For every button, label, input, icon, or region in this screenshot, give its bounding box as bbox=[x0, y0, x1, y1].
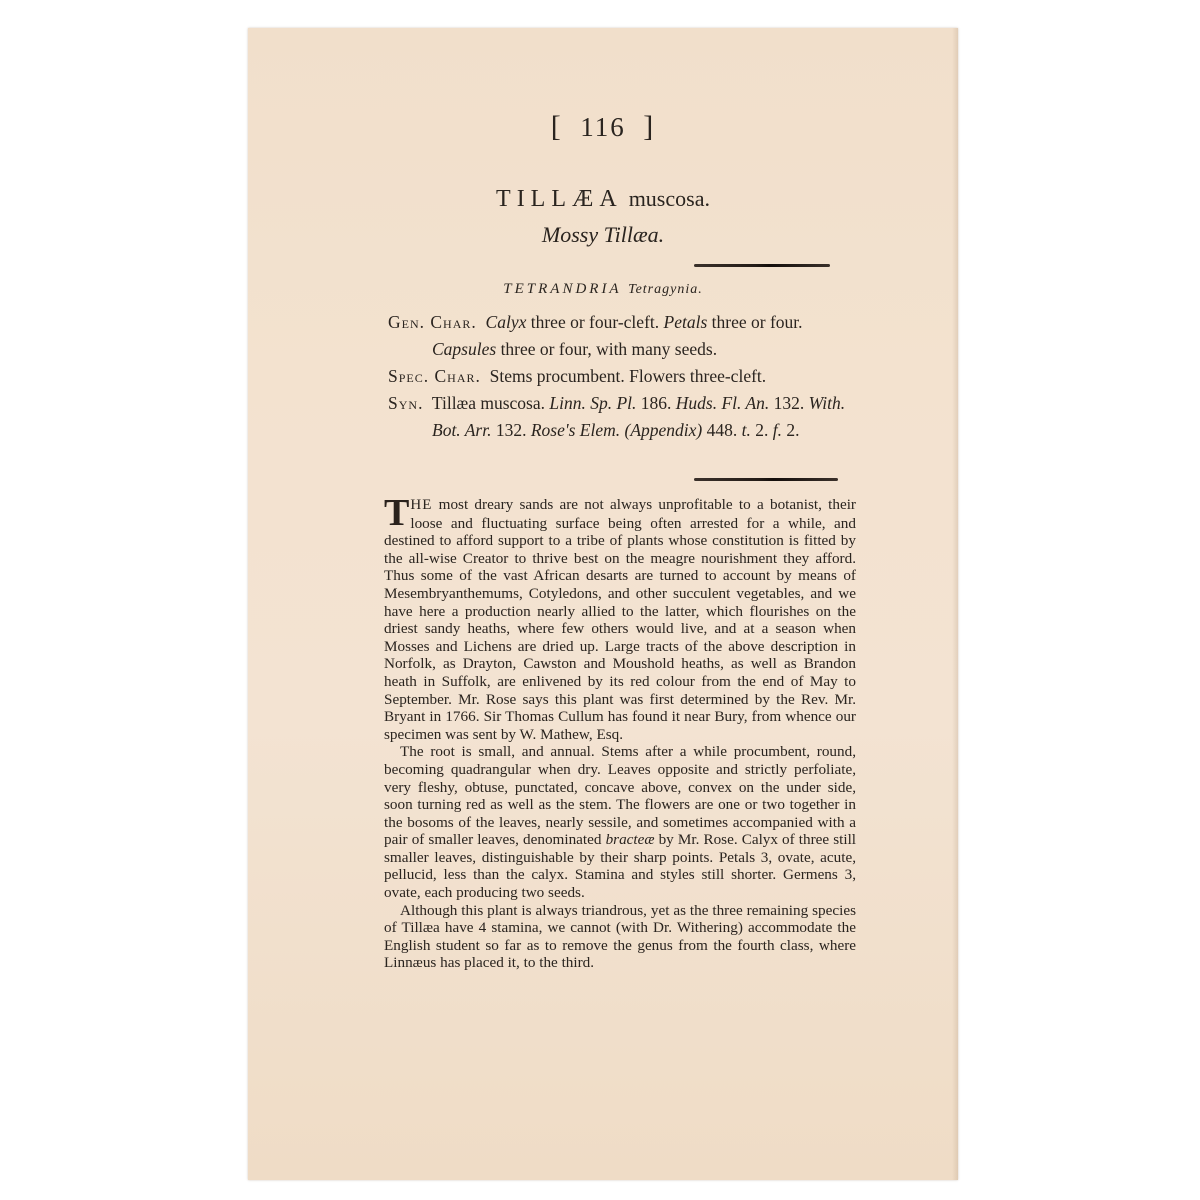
gen-char-text: three or four, with many seeds. bbox=[496, 339, 717, 359]
spec-char-label: Spec. Char. bbox=[388, 366, 481, 386]
species-title: TILLÆA muscosa. bbox=[248, 186, 958, 213]
paragraph-2: The root is small, and annual. Stems aft… bbox=[384, 743, 856, 901]
syn-text: Rose's Elem. (Appendix) bbox=[531, 420, 702, 440]
divider-rule-top bbox=[694, 264, 830, 267]
synonyms: Syn. Tillæa muscosa. Linn. Sp. Pl. 186. … bbox=[388, 390, 858, 444]
specific-character: Spec. Char. Stems procumbent. Flowers th… bbox=[388, 363, 858, 390]
syn-text: 2. bbox=[751, 420, 773, 440]
spec-char-text: Stems procumbent. Flowers three-cleft. bbox=[490, 366, 767, 386]
bracket-close: ] bbox=[643, 110, 655, 143]
title-species: muscosa. bbox=[629, 186, 710, 211]
syn-text: f. bbox=[773, 420, 782, 440]
botanical-characters: Gen. Char. Calyx three or four-cleft. Pe… bbox=[388, 309, 858, 444]
gen-char-text: three or four-cleft. bbox=[526, 312, 663, 332]
common-name: Mossy Tillæa. bbox=[248, 222, 958, 248]
syn-text: t. bbox=[742, 420, 751, 440]
gen-char-text: Petals bbox=[664, 312, 708, 332]
paragraph-3-text: Although this plant is always triandrous… bbox=[384, 902, 856, 972]
gen-char-text: Capsules bbox=[432, 339, 496, 359]
syn-text: 132. bbox=[769, 393, 808, 413]
bracket-open: [ bbox=[551, 110, 563, 143]
title-genus: TILLÆA bbox=[496, 186, 623, 212]
linnaean-classification: TETRANDRIA Tetragynia. bbox=[248, 281, 958, 298]
gen-char-text: Calyx bbox=[486, 312, 527, 332]
syn-label: Syn. bbox=[388, 393, 423, 413]
syn-text: 186. bbox=[636, 393, 675, 413]
classification-class: TETRANDRIA bbox=[503, 281, 621, 297]
gen-char-text: three or four. bbox=[707, 312, 802, 332]
classification-order: Tetragynia. bbox=[628, 282, 703, 297]
syn-text: Huds. Fl. An. bbox=[676, 393, 770, 413]
paragraph-1: THE most dreary sands are not always unp… bbox=[384, 496, 856, 743]
book-page: [ 116 ] TILLÆA muscosa. Mossy Tillæa. TE… bbox=[248, 28, 958, 1180]
paragraph-1-text: most dreary sands are not always unprofi… bbox=[384, 496, 856, 743]
paragraph-3: Although this plant is always triandrous… bbox=[384, 902, 856, 972]
generic-character: Gen. Char. Calyx three or four-cleft. Pe… bbox=[388, 309, 858, 363]
syn-text: Tillæa muscosa. bbox=[432, 393, 550, 413]
syn-text: Linn. Sp. Pl. bbox=[549, 393, 636, 413]
description-body: THE most dreary sands are not always unp… bbox=[384, 496, 856, 972]
paragraph-2-italic: bracteæ bbox=[606, 831, 655, 848]
page-number: [ 116 ] bbox=[248, 110, 958, 144]
gen-char-label: Gen. Char. bbox=[388, 312, 477, 332]
syn-text: 132. bbox=[491, 420, 530, 440]
syn-text: 2. bbox=[782, 420, 800, 440]
divider-rule-bottom bbox=[694, 478, 838, 481]
first-word: HE bbox=[410, 497, 432, 513]
page-number-value: 116 bbox=[580, 112, 626, 142]
drop-cap: T bbox=[384, 498, 409, 528]
syn-text: 448. bbox=[702, 420, 741, 440]
